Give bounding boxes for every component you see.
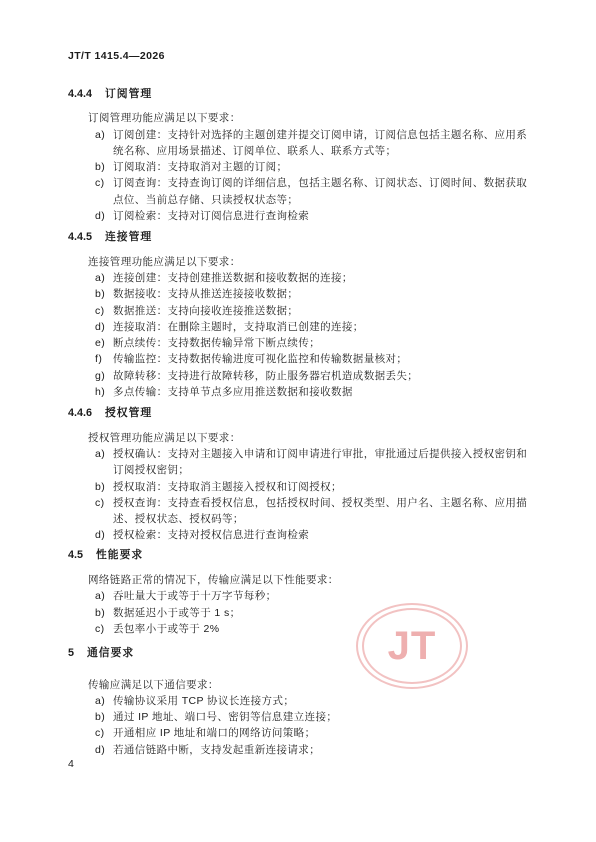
list-item-text: 开通相应 IP 地址和端口的网络访问策略； (113, 727, 315, 739)
section-intro: 连接管理功能应满足以下要求： (68, 254, 530, 270)
list-item-text: 订阅检索：支持对订阅信息进行查询检索 (113, 210, 309, 222)
section-heading-4.5: 4.5性能要求 (68, 547, 530, 563)
list-item: b)数据接收：支持从推送连接接收数据； (68, 286, 530, 302)
document-body: 4.4.4订阅管理订阅管理功能应满足以下要求：a)订阅创建：支持针对选择的主题创… (68, 0, 530, 758)
list-item: d)授权检索：支持对授权信息进行查询检索 (68, 527, 530, 543)
list-item-label: b) (95, 605, 105, 621)
list-item-text: 连接创建：支持创建推送数据和接收数据的连接； (113, 272, 353, 284)
list-item-text: 授权取消：支持取消主题接入授权和订阅授权； (113, 481, 342, 493)
list-item-text: 连接取消：在删除主题时，支持取消已创建的连接； (113, 321, 364, 333)
list-item-label: b) (95, 709, 105, 725)
list-item-label: a) (95, 693, 105, 709)
section-heading-5: 5通信要求 (68, 645, 530, 661)
list-item-label: d) (95, 319, 105, 335)
list-item-label: a) (95, 588, 105, 604)
list-item-text: 授权确认：支持对主题接入申请和订阅申请进行审批，审批通过后提供接入授权密钥和订阅… (113, 448, 527, 476)
list-item-text: 订阅创建：支持针对选择的主题创建并提交订阅申请，订阅信息包括主题名称、应用系统名… (113, 129, 527, 157)
list-item: c)开通相应 IP 地址和端口的网络访问策略； (68, 725, 530, 741)
list-item-text: 吞吐量大于或等于十万字节每秒； (113, 590, 277, 602)
list-item: a)连接创建：支持创建推送数据和接收数据的连接； (68, 270, 530, 286)
list-item-label: h) (95, 384, 105, 400)
list-item: b)授权取消：支持取消主题接入授权和订阅授权； (68, 479, 530, 495)
list-item: h)多点传输：支持单节点多应用推送数据和接收数据 (68, 384, 530, 400)
list-item-text: 若通信链路中断，支持发起重新连接请求； (113, 744, 320, 756)
list-item: g)故障转移：支持进行故障转移，防止服务器宕机造成数据丢失； (68, 368, 530, 384)
list-item-text: 丢包率小于或等于 2% (113, 623, 220, 635)
list-item-label: b) (95, 159, 105, 175)
section-title: 订阅管理 (105, 86, 152, 102)
list-item-label: d) (95, 742, 105, 758)
list-item-label: e) (95, 335, 105, 351)
section-number: 4.4.6 (68, 405, 92, 421)
section-number: 4.5 (68, 547, 83, 563)
list-item-label: c) (95, 725, 105, 741)
list-item-text: 多点传输：支持单节点多应用推送数据和接收数据 (113, 386, 353, 398)
list-item: a)授权确认：支持对主题接入申请和订阅申请进行审批，审批通过后提供接入授权密钥和… (68, 446, 530, 479)
list-item-label: f) (95, 351, 102, 367)
list-item-label: c) (95, 175, 105, 191)
list-item: b)数据延迟小于或等于 1 s； (68, 605, 530, 621)
list-item: f)传输监控：支持数据传输进度可视化监控和传输数据量核对； (68, 351, 530, 367)
list-item: c)数据推送：支持向接收连接推送数据； (68, 303, 530, 319)
list-item: c)丢包率小于或等于 2% (68, 621, 530, 637)
list-item: e)断点续传：支持数据传输异常下断点续传； (68, 335, 530, 351)
section-heading-4.4.6: 4.4.6授权管理 (68, 405, 530, 421)
list-item: b)订阅取消：支持取消对主题的订阅； (68, 159, 530, 175)
list-item-text: 订阅取消：支持取消对主题的订阅； (113, 161, 287, 173)
list-item-text: 数据延迟小于或等于 1 s； (113, 607, 241, 619)
list-item-label: a) (95, 127, 105, 143)
section-number: 4.4.4 (68, 86, 92, 102)
list-item: c)订阅查询：支持查询订阅的详细信息，包括主题名称、订阅状态、订阅时间、数据获取… (68, 175, 530, 208)
list-item-label: d) (95, 527, 105, 543)
list-item-label: a) (95, 270, 105, 286)
list-item-label: b) (95, 479, 105, 495)
list-item-label: c) (95, 495, 105, 511)
list-item: b)通过 IP 地址、端口号、密钥等信息建立连接； (68, 709, 530, 725)
section-intro: 传输应满足以下通信要求： (68, 677, 530, 693)
list-item: c)授权查询：支持查看授权信息，包括授权时间、授权类型、用户名、主题名称、应用描… (68, 495, 530, 528)
list-item-text: 故障转移：支持进行故障转移，防止服务器宕机造成数据丢失； (113, 370, 418, 382)
list-item-text: 授权查询：支持查看授权信息，包括授权时间、授权类型、用户名、主题名称、应用描述、… (113, 497, 527, 525)
list-item-text: 数据接收：支持从推送连接接收数据； (113, 288, 298, 300)
page-container: JT/T 1415.4—2026 JT 4.4.4订阅管理订阅管理功能应满足以下… (0, 0, 596, 842)
section-title: 授权管理 (105, 405, 152, 421)
section-number: 5 (68, 645, 74, 661)
section-heading-4.4.5: 4.4.5连接管理 (68, 229, 530, 245)
list-item-label: c) (95, 621, 105, 637)
list-item: d)若通信链路中断，支持发起重新连接请求； (68, 742, 530, 758)
section-title: 性能要求 (96, 547, 143, 563)
section-intro: 订阅管理功能应满足以下要求： (68, 110, 530, 126)
list-item-text: 订阅查询：支持查询订阅的详细信息，包括主题名称、订阅状态、订阅时间、数据获取点位… (113, 177, 527, 205)
list-item: a)吞吐量大于或等于十万字节每秒； (68, 588, 530, 604)
list-item-text: 授权检索：支持对授权信息进行查询检索 (113, 529, 309, 541)
list-item-label: d) (95, 208, 105, 224)
list-item-label: g) (95, 368, 105, 384)
list-item-text: 传输监控：支持数据传输进度可视化监控和传输数据量核对； (113, 353, 407, 365)
list-item-label: b) (95, 286, 105, 302)
section-intro: 授权管理功能应满足以下要求： (68, 430, 530, 446)
list-item: d)订阅检索：支持对订阅信息进行查询检索 (68, 208, 530, 224)
list-item-text: 传输协议采用 TCP 协议长连接方式； (113, 695, 294, 707)
list-item: a)传输协议采用 TCP 协议长连接方式； (68, 693, 530, 709)
page-number: 4 (68, 758, 74, 770)
list-item-text: 通过 IP 地址、端口号、密钥等信息建立连接； (113, 711, 337, 723)
section-intro: 网络链路正常的情况下，传输应满足以下性能要求： (68, 572, 530, 588)
list-item-text: 数据推送：支持向接收连接推送数据； (113, 305, 298, 317)
list-item: d)连接取消：在删除主题时，支持取消已创建的连接； (68, 319, 530, 335)
section-number: 4.4.5 (68, 229, 92, 245)
section-title: 通信要求 (87, 645, 134, 661)
list-item-text: 断点续传：支持数据传输异常下断点续传； (113, 337, 320, 349)
section-title: 连接管理 (105, 229, 152, 245)
list-item-label: a) (95, 446, 105, 462)
list-item: a)订阅创建：支持针对选择的主题创建并提交订阅申请，订阅信息包括主题名称、应用系… (68, 127, 530, 160)
list-item-label: c) (95, 303, 105, 319)
section-heading-4.4.4: 4.4.4订阅管理 (68, 86, 530, 102)
